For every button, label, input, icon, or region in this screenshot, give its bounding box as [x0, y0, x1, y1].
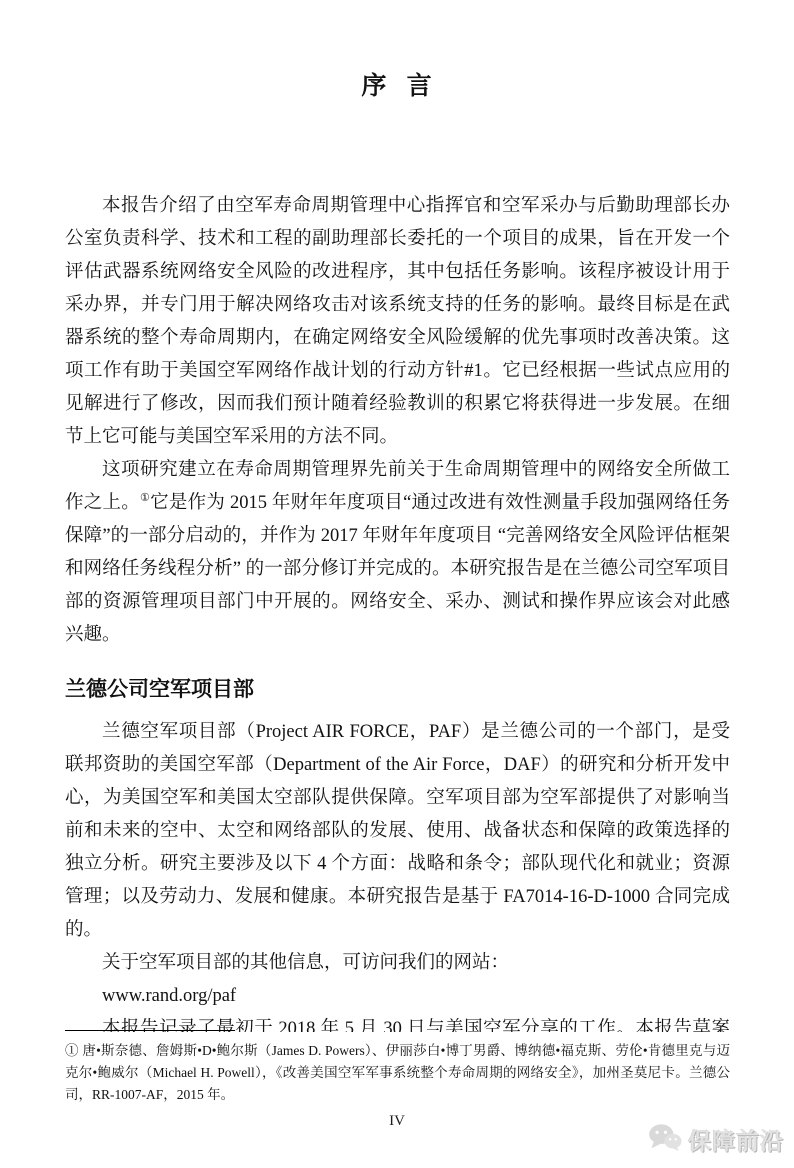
preface-body: 本报告介绍了由空军寿命周期管理中心指挥官和空军采办与后勤助理部长办公室负责科学、…: [65, 190, 730, 1032]
document-page: 序 言 本报告介绍了由空军寿命周期管理中心指挥官和空军采办与后勤助理部长办公室负…: [0, 0, 794, 1168]
page-title: 序 言: [65, 72, 730, 102]
preface-paragraph-1: 本报告介绍了由空军寿命周期管理中心指挥官和空军采办与后勤助理部长办公室负责科学、…: [65, 190, 730, 454]
footnote-reference-marker: ①: [140, 492, 150, 504]
footnote-area: ① 唐•斯奈德、詹姆斯•D•鲍尔斯（James D. Powers）、伊丽莎白•…: [65, 1030, 730, 1106]
page-content: 序 言 本报告介绍了由空军寿命周期管理中心指挥官和空军采办与后勤助理部长办公室负…: [65, 0, 730, 1032]
paf-paragraph-2: 关于空军项目部的其他信息，可访问我们的网站：: [65, 947, 730, 980]
paf-website-url: www.rand.org/paf: [65, 980, 730, 1013]
wechat-icon: [648, 1123, 682, 1156]
watermark: 保障前沿: [648, 1123, 784, 1156]
preface-paragraph-2: 这项研究建立在寿命周期管理界先前关于生命周期管理中的网络安全所做工作之上。①它是…: [65, 454, 730, 652]
footnote-citation: 唐•斯奈德、詹姆斯•D•鲍尔斯（James D. Powers）、伊丽莎白•博丁…: [65, 1043, 730, 1102]
paf-paragraph-1: 兰德空军项目部（Project AIR FORCE，PAF）是兰德公司的一个部门…: [65, 716, 730, 947]
footnote-divider: [65, 1030, 235, 1031]
watermark-label: 保障前沿: [688, 1123, 784, 1156]
footnote: ① 唐•斯奈德、詹姆斯•D•鲍尔斯（James D. Powers）、伊丽莎白•…: [65, 1040, 730, 1106]
footnote-marker: ①: [65, 1043, 82, 1058]
section-heading-paf: 兰德公司空军项目部: [65, 676, 730, 704]
